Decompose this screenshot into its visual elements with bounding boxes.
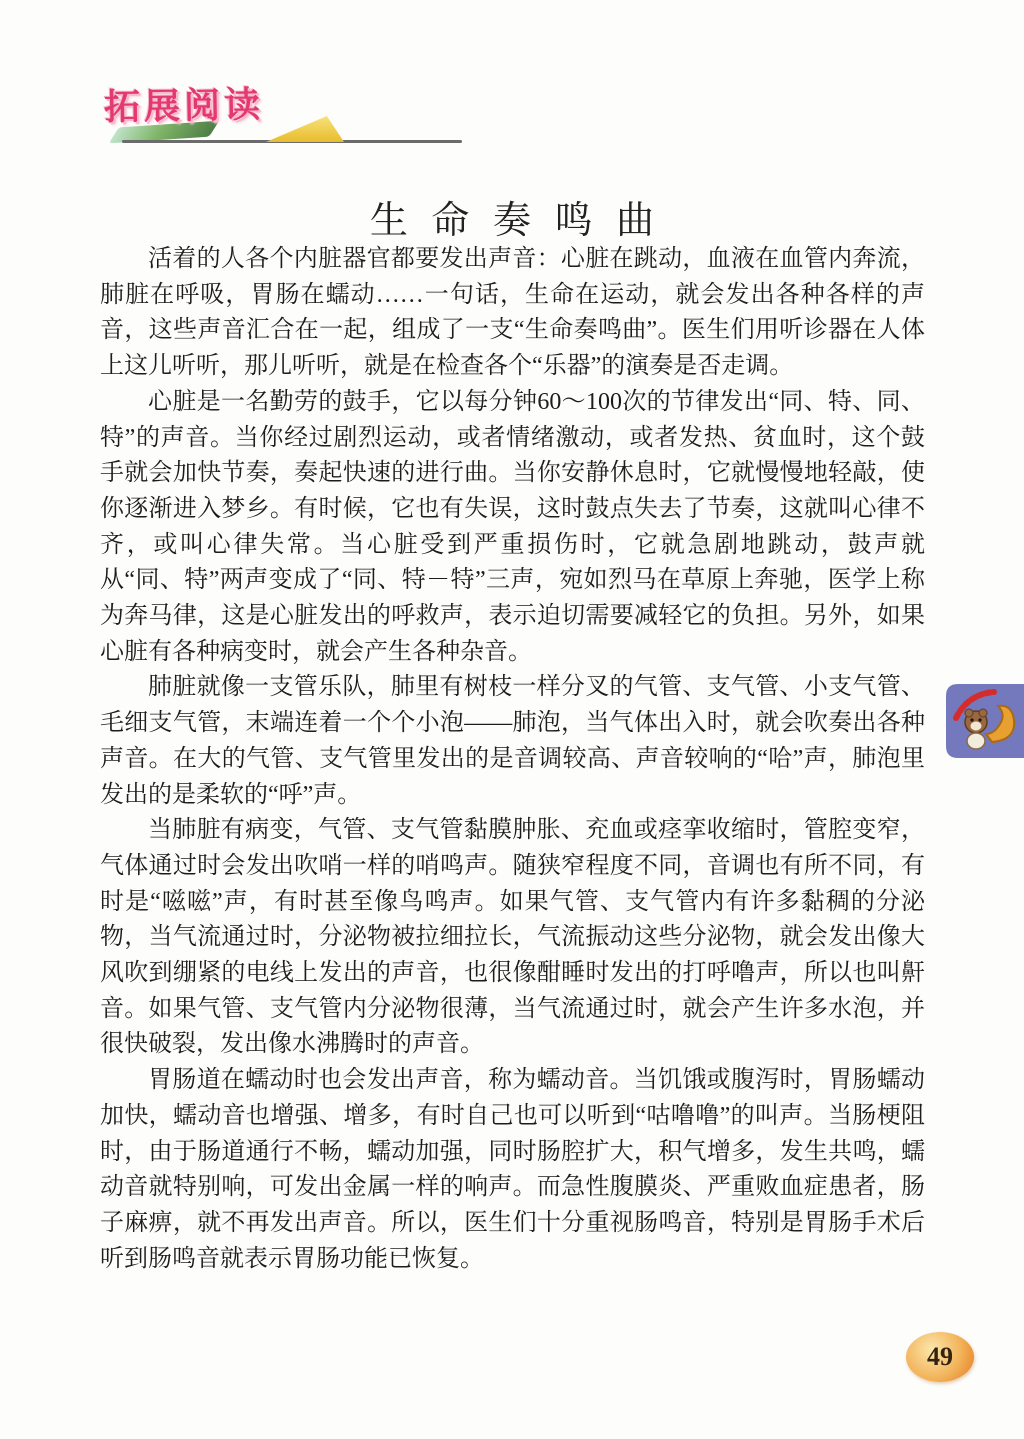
paragraph: 肺脏就像一支管乐队，肺里有树枝一样分叉的气管、支气管、小支气管、毛细支气管，末端… [100, 670, 925, 813]
page-number-badge: 49 [906, 1332, 974, 1382]
article-title: 生命奏鸣曲 [0, 189, 1024, 244]
section-badge: 拓展阅读 [98, 76, 478, 146]
textbook-page: 拓展阅读 生命奏鸣曲 活着的人各个内脏器官都要发出声音：心脏在跳动，血液在血管内… [0, 0, 1024, 1439]
page-number: 49 [927, 1342, 953, 1372]
mascot-tab [946, 684, 1024, 758]
badge-label: 拓展阅读 [104, 77, 265, 131]
badge-yellow-triangle-icon [266, 116, 344, 142]
paragraph: 心脏是一名勤劳的鼓手，它以每分钟60～100次的节律发出“同、特、同、特”的声音… [100, 385, 925, 671]
paragraph: 胃肠道在蠕动时也会发出声音，称为蠕动音。当饥饿或腹泻时，胃肠蠕动加快，蠕动音也增… [100, 1063, 925, 1277]
paragraph: 活着的人各个内脏器官都要发出声音：心脏在跳动，血液在血管内奔流，肺脏在呼吸，胃肠… [100, 242, 925, 385]
article-body: 活着的人各个内脏器官都要发出声音：心脏在跳动，血液在血管内奔流，肺脏在呼吸，胃肠… [100, 242, 925, 1277]
squirrel-icon [946, 684, 1024, 758]
paragraph: 当肺脏有病变，气管、支气管黏膜肿胀、充血或痉挛收缩时，管腔变窄，气体通过时会发出… [100, 813, 925, 1063]
